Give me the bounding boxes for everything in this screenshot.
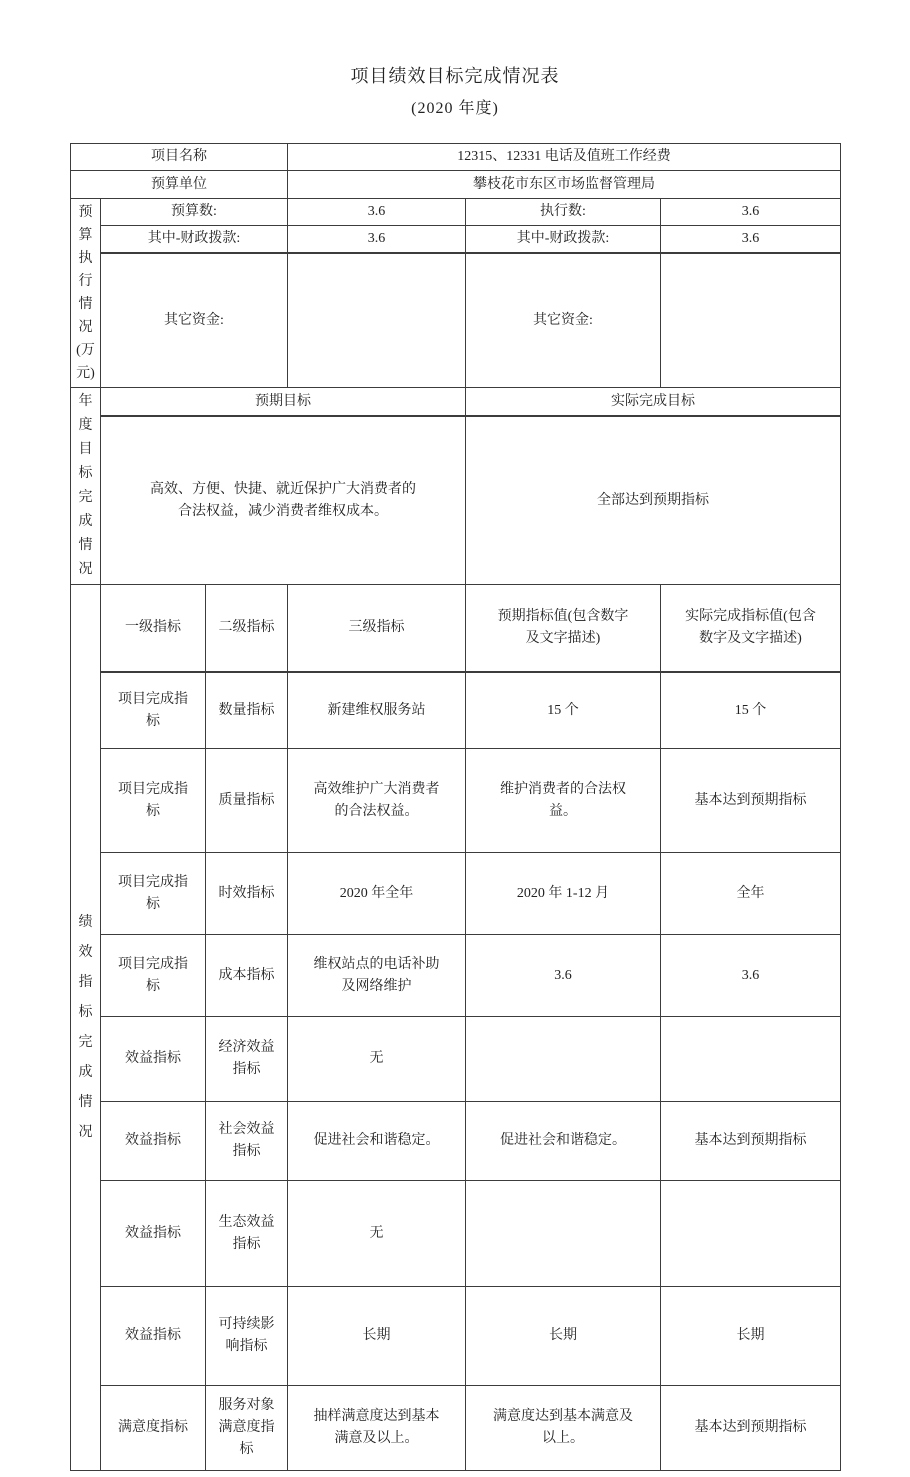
indicator-level2: 数量指标 <box>206 672 288 749</box>
page-subtitle: (2020 年度) <box>0 95 910 118</box>
other-funds-left-label: 其它资金: <box>101 253 288 388</box>
indicator-expected: 满意度达到基本满意及以上。 <box>466 1386 661 1471</box>
indicator-level1: 项目完成指标 <box>101 935 206 1017</box>
indicator-row-quantity: 项目完成指标 数量指标 新建维权服务站 15 个 15 个 <box>71 672 841 749</box>
indicator-row-sustainability: 效益指标 可持续影响指标 长期 长期 长期 <box>71 1287 841 1386</box>
indicator-expected <box>466 1181 661 1287</box>
indicator-level1: 效益指标 <box>101 1181 206 1287</box>
fiscal-allocation-right-label: 其中-财政拨款: <box>466 226 661 254</box>
indicator-level1: 项目完成指标 <box>101 853 206 935</box>
indicator-actual <box>661 1181 841 1287</box>
budget-section-side-label-text: 预算执行情况(万元) <box>74 201 98 385</box>
other-funds-left-value <box>288 253 466 388</box>
indicator-level1: 效益指标 <box>101 1017 206 1102</box>
indicator-level2: 经济效益指标 <box>206 1017 288 1102</box>
project-name-row: 项目名称 12315、12331 电话及值班工作经费 <box>71 144 841 171</box>
indicator-level2: 可持续影响指标 <box>206 1287 288 1386</box>
indicator-expected: 维护消费者的合法权益。 <box>466 749 661 853</box>
fiscal-allocation-row: 其中-财政拨款: 3.6 其中-财政拨款: 3.6 <box>71 226 841 254</box>
indicator-row-ecological-benefit: 效益指标 生态效益指标 无 <box>71 1181 841 1287</box>
indicator-row-quality: 项目完成指标 质量指标 高效维护广大消费者的合法权益。 维护消费者的合法权益。 … <box>71 749 841 853</box>
indicator-level3: 2020 年全年 <box>288 853 466 935</box>
indicator-level3: 促进社会和谐稳定。 <box>288 1102 466 1181</box>
indicator-level2: 社会效益指标 <box>206 1102 288 1181</box>
indicator-row-cost: 项目完成指标 成本指标 维权站点的电话补助及网络维护 3.6 3.6 <box>71 935 841 1017</box>
indicator-level2: 时效指标 <box>206 853 288 935</box>
indicator-actual: 长期 <box>661 1287 841 1386</box>
indicator-actual <box>661 1017 841 1102</box>
actual-goal-header: 实际完成目标 <box>466 388 841 417</box>
header-level2: 二级指标 <box>206 585 288 673</box>
indicator-expected: 2020 年 1-12 月 <box>466 853 661 935</box>
indicator-actual: 3.6 <box>661 935 841 1017</box>
indicator-level3: 无 <box>288 1017 466 1102</box>
indicator-level2: 生态效益指标 <box>206 1181 288 1287</box>
budget-unit-row: 预算单位 攀枝花市东区市场监督管理局 <box>71 171 841 199</box>
indicator-level3: 高效维护广大消费者的合法权益。 <box>288 749 466 853</box>
indicator-level3: 无 <box>288 1181 466 1287</box>
fiscal-allocation-right-value: 3.6 <box>661 226 841 254</box>
header-expected-value: 预期指标值(包含数字及文字描述) <box>466 585 661 673</box>
execution-number-value: 3.6 <box>661 199 841 226</box>
annual-goal-side-label: 年度目标完成情况 <box>71 388 101 585</box>
expected-goal-value: 高效、方便、快捷、就近保护广大消费者的合法权益，减少消费者维权成本。 <box>101 416 466 584</box>
indicator-section-side-label-text: 绩效指标完成情况 <box>74 908 98 1148</box>
budget-unit-value: 攀枝花市东区市场监督管理局 <box>288 171 841 199</box>
project-name-value: 12315、12331 电话及值班工作经费 <box>288 144 841 171</box>
header-level3: 三级指标 <box>288 585 466 673</box>
indicator-actual: 基本达到预期指标 <box>661 749 841 853</box>
indicator-row-timeliness: 项目完成指标 时效指标 2020 年全年 2020 年 1-12 月 全年 <box>71 853 841 935</box>
budget-number-value: 3.6 <box>288 199 466 226</box>
header-actual-value: 实际完成指标值(包含数字及文字描述) <box>661 585 841 673</box>
page-title: 项目绩效目标完成情况表 <box>0 0 910 88</box>
performance-table: 项目名称 12315、12331 电话及值班工作经费 预算单位 攀枝花市东区市场… <box>70 143 841 1471</box>
annual-goal-header-row: 年度目标完成情况 预期目标 实际完成目标 <box>71 388 841 417</box>
indicator-level1: 项目完成指标 <box>101 672 206 749</box>
indicator-expected: 长期 <box>466 1287 661 1386</box>
budget-number-row: 预算执行情况(万元) 预算数: 3.6 执行数: 3.6 <box>71 199 841 226</box>
indicator-actual: 全年 <box>661 853 841 935</box>
execution-number-label: 执行数: <box>466 199 661 226</box>
fiscal-allocation-left-label: 其中-财政拨款: <box>101 226 288 254</box>
budget-number-label: 预算数: <box>101 199 288 226</box>
indicator-expected: 15 个 <box>466 672 661 749</box>
fiscal-allocation-left-value: 3.6 <box>288 226 466 254</box>
indicator-level3: 抽样满意度达到基本满意及以上。 <box>288 1386 466 1471</box>
expected-goal-header: 预期目标 <box>101 388 466 417</box>
other-funds-right-value <box>661 253 841 388</box>
indicator-level1: 项目完成指标 <box>101 749 206 853</box>
indicator-row-social-benefit: 效益指标 社会效益指标 促进社会和谐稳定。 促进社会和谐稳定。 基本达到预期指标 <box>71 1102 841 1181</box>
other-funds-right-label: 其它资金: <box>466 253 661 388</box>
budget-section-side-label: 预算执行情况(万元) <box>71 199 101 388</box>
project-name-label: 项目名称 <box>71 144 288 171</box>
indicator-expected: 促进社会和谐稳定。 <box>466 1102 661 1181</box>
other-funds-row: 其它资金: 其它资金: <box>71 253 841 388</box>
annual-goal-value-row: 高效、方便、快捷、就近保护广大消费者的合法权益，减少消费者维权成本。 全部达到预… <box>71 416 841 584</box>
indicator-level3: 维权站点的电话补助及网络维护 <box>288 935 466 1017</box>
indicator-actual: 15 个 <box>661 672 841 749</box>
budget-unit-label: 预算单位 <box>71 171 288 199</box>
indicator-level2: 服务对象满意度指标 <box>206 1386 288 1471</box>
indicator-actual: 基本达到预期指标 <box>661 1386 841 1471</box>
indicator-row-satisfaction: 满意度指标 服务对象满意度指标 抽样满意度达到基本满意及以上。 满意度达到基本满… <box>71 1386 841 1471</box>
actual-goal-value: 全部达到预期指标 <box>466 416 841 584</box>
indicator-level3: 新建维权服务站 <box>288 672 466 749</box>
indicator-row-economic-benefit: 效益指标 经济效益指标 无 <box>71 1017 841 1102</box>
indicator-section-side-label: 绩效指标完成情况 <box>71 585 101 1471</box>
indicator-expected <box>466 1017 661 1102</box>
annual-goal-side-label-text: 年度目标完成情况 <box>74 390 98 582</box>
indicator-level2: 成本指标 <box>206 935 288 1017</box>
indicator-actual: 基本达到预期指标 <box>661 1102 841 1181</box>
indicator-expected: 3.6 <box>466 935 661 1017</box>
indicator-level3: 长期 <box>288 1287 466 1386</box>
indicator-level1: 满意度指标 <box>101 1386 206 1471</box>
indicator-level1: 效益指标 <box>101 1287 206 1386</box>
indicator-level2: 质量指标 <box>206 749 288 853</box>
header-level1: 一级指标 <box>101 585 206 673</box>
indicator-header-row: 绩效指标完成情况 一级指标 二级指标 三级指标 预期指标值(包含数字及文字描述)… <box>71 585 841 673</box>
indicator-level1: 效益指标 <box>101 1102 206 1181</box>
